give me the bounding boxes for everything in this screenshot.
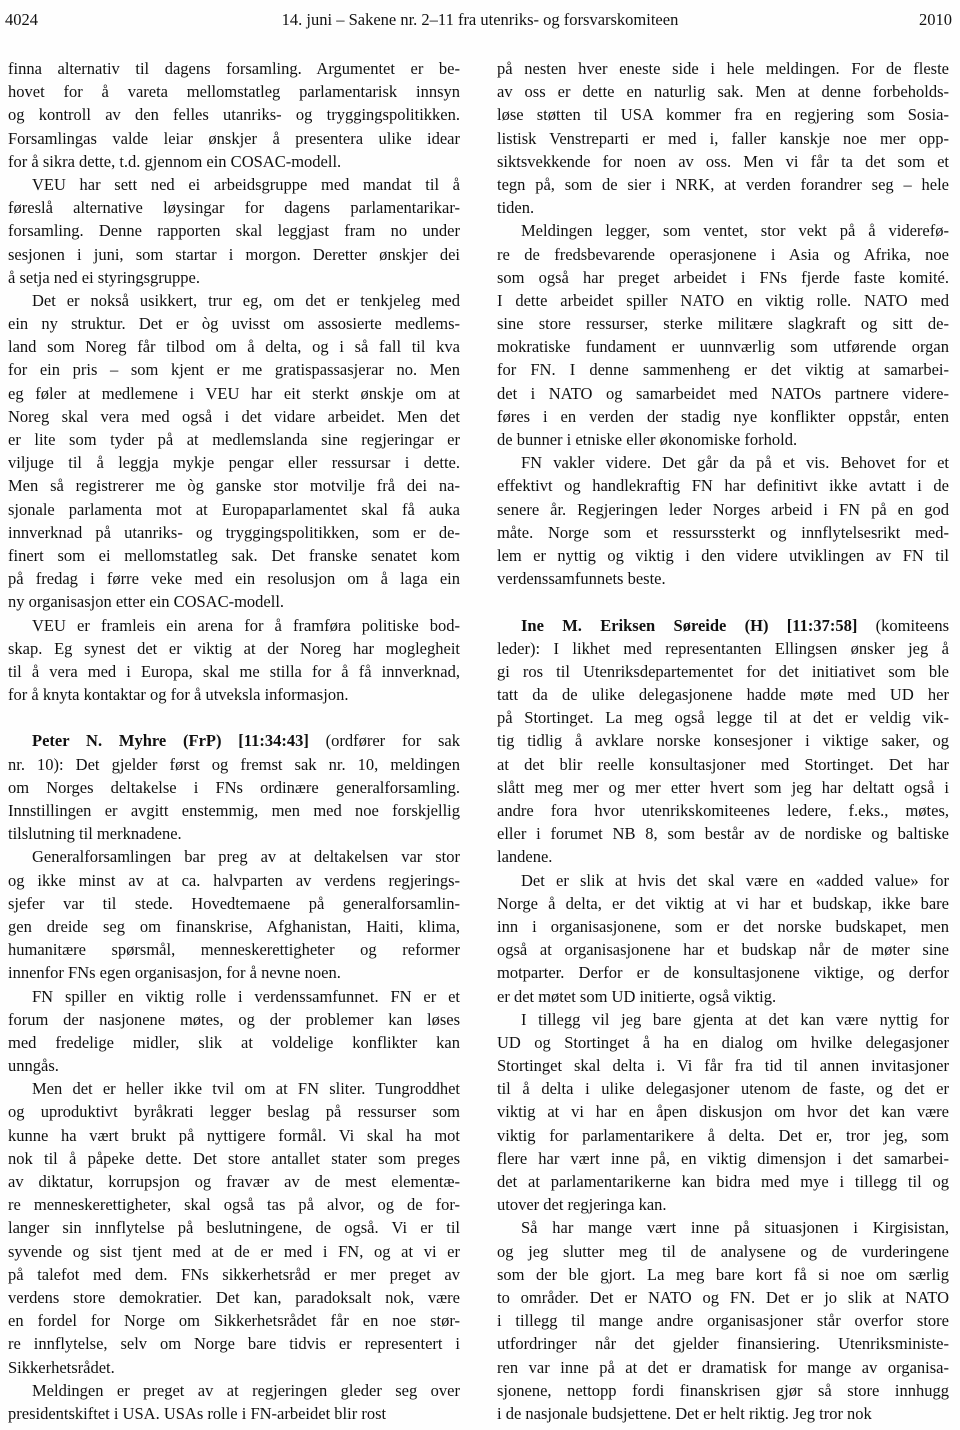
text-line: effektivt og handlekraftig FN har defini… (497, 474, 949, 497)
text-line: i de nasjonale budsjettene. Det er helt … (497, 1402, 949, 1425)
text-line: Forsamlingas valde leiar ønskjer å prese… (8, 127, 460, 150)
text-line: Men det er heller ikke tvil om at FN sli… (8, 1077, 460, 1100)
text-line: eller i forumet NB 8, som består av de n… (497, 822, 949, 845)
text-line: for ein pris – som kjent er me gratispas… (8, 358, 460, 381)
text-line: andre fora hvor utenrikskomiteenes leder… (497, 799, 949, 822)
text-line: tig tidlig å avklare norske konsesjoner … (497, 729, 949, 752)
text-line: humanitære spørsmål, menneskerettigheter… (8, 938, 460, 961)
paragraph: Generalforsamlingen bar preg av at delta… (8, 845, 460, 984)
text-line: av oss er dette en naturlig sak. Men at … (497, 80, 949, 103)
text-line: en fordel for Norge om Sikkerhetsrådet f… (8, 1309, 460, 1332)
speaker-name: Peter N. Myhre (FrP) [11:34:43] (32, 731, 309, 750)
text-line: Noreg skal vera med også i det vidare ar… (8, 405, 460, 428)
speech-paragraph: Ine M. Eriksen Søreide (H) [11:37:58] (k… (497, 614, 949, 869)
text-line: re menneskerettigheter, skal også tas på… (8, 1193, 460, 1216)
paragraph: finna alternativ til dagens forsamling. … (8, 57, 460, 173)
text-line: Innstillingen er avgitt enstemmig, men m… (8, 799, 460, 822)
text-line: Norge å delta, er det viktig at vi har e… (497, 892, 949, 915)
text-line: for FN. I denne sammenheng er det viktig… (497, 358, 949, 381)
text-line: land som Noreg får tilbod om å delta, og… (8, 335, 460, 358)
paragraph: I tillegg vil jeg bare gjenta at det kan… (497, 1008, 949, 1217)
text-line: finert som ei mellomstatleg sak. Det fra… (8, 544, 460, 567)
text-line: løse støtten til USA kommer fra en regje… (497, 103, 949, 126)
text-line: Det er slik at hvis det skal være en «ad… (497, 869, 949, 892)
text-column-right: på nesten hver eneste side i hele meldin… (497, 57, 949, 1425)
text-line: og uproduktivt byråkrati legger beslag p… (8, 1100, 460, 1123)
text-line: utfordringer når det gjelder finansierin… (497, 1332, 949, 1355)
text-line: nok til å påpeke dette. Det store antall… (8, 1147, 460, 1170)
speaker-name: Ine M. Eriksen Søreide (H) [11:37:58] (521, 616, 857, 635)
text-line: og ikke minst av at ca. halvparten av ve… (8, 869, 460, 892)
text-line: FN vakler videre. Det går da på et vis. … (497, 451, 949, 474)
text-line: re innflytelse, selv om Norge bare tidvi… (8, 1332, 460, 1355)
text-line: to områder. Det er NATO og FN. Det er jo… (497, 1286, 949, 1309)
text-line: landene. (497, 845, 949, 868)
text-line: innenfor FNs egen organisasjon, for å ne… (8, 961, 460, 984)
text-line: slått meg mer og mer etter hvert som jeg… (497, 776, 949, 799)
year-label: 2010 (919, 8, 952, 32)
text-line: langer sin innflytelse på beslutningene,… (8, 1216, 460, 1239)
paragraph: Det er nokså usikkert, trur eg, om det e… (8, 289, 460, 614)
paragraph: Men det er heller ikke tvil om at FN sli… (8, 1077, 460, 1378)
text-line: og kontroll av den felles utanriks- og t… (8, 103, 460, 126)
paragraph: FN spiller en viktig rolle i verdenssamf… (8, 985, 460, 1078)
text-line: verdens store demokratier. Det kan, para… (8, 1286, 460, 1309)
text-line: Ine M. Eriksen Søreide (H) [11:37:58] (k… (497, 614, 949, 637)
text-line: presidentskiftet i USA. USAs rolle i FN-… (8, 1402, 460, 1425)
text-line: ein ny struktur. Det er òg uvisst om ass… (8, 312, 460, 335)
text-line: Men så registrerer me òg ganske stor mot… (8, 474, 460, 497)
text-line: inn i organisasjonene, som er det norske… (497, 915, 949, 938)
text-line: VEU er framleis ein arena for å framføra… (8, 614, 460, 637)
text-line: Meldingen er preget av at regjeringen gl… (8, 1379, 460, 1402)
text-line: om Norges deltakelse i FNs ordinære gene… (8, 776, 460, 799)
text-line: ren var inne på at det er dramatisk for … (497, 1356, 949, 1379)
text-line: syvende og sist tjent med at de er med i… (8, 1240, 460, 1263)
text-line: I dette arbeidet spiller NATO en viktig … (497, 289, 949, 312)
text-line: tegn på, som de sier i NRK, at verden fo… (497, 173, 949, 196)
text-line: er lite som tyder på at medlemslanda sin… (8, 428, 460, 451)
text-line: FN spiller en viktig rolle i verdenssamf… (8, 985, 460, 1008)
text-line: re de fredsbevarende operasjonene i Asia… (497, 243, 949, 266)
text-line: mokratiske fundament er uunnværlig som u… (497, 335, 949, 358)
text-line: i tillegg til mange andre organisasjoner… (497, 1309, 949, 1332)
text-line: også at organisasjonene har et budskap n… (497, 938, 949, 961)
page-title: 14. juni – Sakene nr. 2–11 fra utenriks-… (0, 8, 960, 32)
text-line: som der ble gjort. La meg bare kort få s… (497, 1263, 949, 1286)
text-line: verdenssamfunnets beste. (497, 567, 949, 590)
text-line: på nesten hver eneste side i hele meldin… (497, 57, 949, 80)
text-line: kunne ha vært brukt på nyttigere formål.… (8, 1124, 460, 1147)
text-line: på fredag i førre veke med ein resolusjo… (8, 567, 460, 590)
text-line: unngås. (8, 1054, 460, 1077)
text-line: sjefer var til stede. Hovedtemaene på ge… (8, 892, 460, 915)
text-columns: finna alternativ til dagens forsamling. … (8, 57, 949, 1425)
text-line: for å sikra dette, t.d. gjennom ein COSA… (8, 150, 460, 173)
running-header: 4024 14. juni – Sakene nr. 2–11 fra uten… (0, 8, 960, 32)
paragraph-spacer (497, 590, 949, 613)
text-line: innverknad på utanriks- og tryggingspoli… (8, 521, 460, 544)
text-line: utover det regjeringa kan. (497, 1193, 949, 1216)
text-line: sine store ressurser, sterke militære sl… (497, 312, 949, 335)
paragraph: VEU har sett ned ei arbeidsgruppe med ma… (8, 173, 460, 289)
text-line: til å vera med i Europa, skal me stilla … (8, 660, 460, 683)
text-line: eg føler at medlemene i VEU har eit ster… (8, 382, 460, 405)
text-line: siktsvekkende for noen av oss. Men vi få… (497, 150, 949, 173)
text-line: tiden. (497, 196, 949, 219)
text-line: av diktatur, korrupsjon og fravær av de … (8, 1170, 460, 1193)
text-line: nr. 10): Det gjelder først og fremst sak… (8, 753, 460, 776)
text-line: med fredelige midler, slik at voldelige … (8, 1031, 460, 1054)
text-line: for å knyta kontaktar og for å utveksla … (8, 683, 460, 706)
paragraph: på nesten hver eneste side i hele meldin… (497, 57, 949, 219)
text-line: det at parlamentarikerne kan bidra med m… (497, 1170, 949, 1193)
text-line: tilslutning til merknadene. (8, 822, 460, 845)
paragraph: Meldingen er preget av at regjeringen gl… (8, 1379, 460, 1425)
text-line: tatt da de ulike delegasjonene hadde møt… (497, 683, 949, 706)
text-line: forsamling. Denne rapporten skal leggjas… (8, 219, 460, 242)
paragraph: Meldingen legger, som ventet, stor vekt … (497, 219, 949, 451)
text-line: sjonale parlamenta mot at Europaparlamen… (8, 498, 460, 521)
text-line: ny organisasjon etter ein COSAC-modell. (8, 590, 460, 613)
paragraph: FN vakler videre. Det går da på et vis. … (497, 451, 949, 590)
text-line: flere har vært inne på, en viktig dimens… (497, 1147, 949, 1170)
text-line: Det er nokså usikkert, trur eg, om det e… (8, 289, 460, 312)
text-line: lem er nyttig og viktig i den videre utv… (497, 544, 949, 567)
text-line: måte. Norge som et ressurssterkt og innf… (497, 521, 949, 544)
text-line: listisk Venstreparti er med i, faller ka… (497, 127, 949, 150)
text-line: gi ros til Utenriksdepartementet for det… (497, 660, 949, 683)
text-line: forum der nasjonene møtes, og der proble… (8, 1008, 460, 1031)
text-line: leder): I likhet med representanten Elli… (497, 637, 949, 660)
text-line: føreslå alternative løysingar for dagens… (8, 196, 460, 219)
text-line: skap. Eg synest det er viktig at der Nor… (8, 637, 460, 660)
text-line: motparter. Derfor er de konsultasjonene … (497, 961, 949, 984)
text-line: I tillegg vil jeg bare gjenta at det kan… (497, 1008, 949, 1031)
text-line: Stortinget skal delta i. Vi får fra tid … (497, 1054, 949, 1077)
text-line: Peter N. Myhre (FrP) [11:34:43] (ordføre… (8, 729, 460, 752)
text-line: gen dreide seg om finanskrise, Afghanist… (8, 915, 460, 938)
text-line: føres i en verden der stadig nye konflik… (497, 405, 949, 428)
text-line: på talefot med dem. FNs sikkerhetsråd er… (8, 1263, 460, 1286)
paragraph: VEU er framleis ein arena for å framføra… (8, 614, 460, 707)
text-line: sesjonen i juni, som startar i morgon. D… (8, 243, 460, 266)
speech-paragraph: Peter N. Myhre (FrP) [11:34:43] (ordføre… (8, 729, 460, 845)
text-line: er det møtet som UD initierte, også vikt… (497, 985, 949, 1008)
paragraph: Så har mange vært inne på situasjonen i … (497, 1216, 949, 1425)
text-line: Generalforsamlingen bar preg av at delta… (8, 845, 460, 868)
text-line: til å delta i ulike delegasjoner utenom … (497, 1077, 949, 1100)
text-line: å setja ned ei styringsgruppe. (8, 266, 460, 289)
text-line: og jeg slutter meg til de analysene og d… (497, 1240, 949, 1263)
text-line: de bunner i etniske eller økonomiske for… (497, 428, 949, 451)
text-line: senere år. Regjeringen leder Norges arbe… (497, 498, 949, 521)
text-line: finna alternativ til dagens forsamling. … (8, 57, 460, 80)
text-line: UD og Stortinget å ha en dialog om hvilk… (497, 1031, 949, 1054)
text-line: Meldingen legger, som ventet, stor vekt … (497, 219, 949, 242)
text-line: viktig for parlamentarikere å delta. Det… (497, 1124, 949, 1147)
text-line: Sikkerhetsrådet. (8, 1356, 460, 1379)
text-line: at det blir reelle konsultasjoner med St… (497, 753, 949, 776)
paragraph-spacer (8, 706, 460, 729)
text-line: Så har mange vært inne på situasjonen i … (497, 1216, 949, 1239)
text-line: det i NATO og samarbeidet med NATOs part… (497, 382, 949, 405)
text-column-left: finna alternativ til dagens forsamling. … (8, 57, 460, 1425)
text-line: viljuge til å leggja mykje pengar eller … (8, 451, 460, 474)
text-line: viktig at vi har en åpen diskusjon om hv… (497, 1100, 949, 1123)
text-line: VEU har sett ned ei arbeidsgruppe med ma… (8, 173, 460, 196)
document-page: 4024 14. juni – Sakene nr. 2–11 fra uten… (0, 0, 960, 1430)
text-line: hovet for å vareta mellomstatleg parlame… (8, 80, 460, 103)
paragraph: Det er slik at hvis det skal være en «ad… (497, 869, 949, 1008)
text-line: på Stortinget. La meg også legge til at … (497, 706, 949, 729)
text-line: sjonene, nettopp fordi finanskrisen gjør… (497, 1379, 949, 1402)
text-line: som også har preget arbeidet i FNs fjerd… (497, 266, 949, 289)
